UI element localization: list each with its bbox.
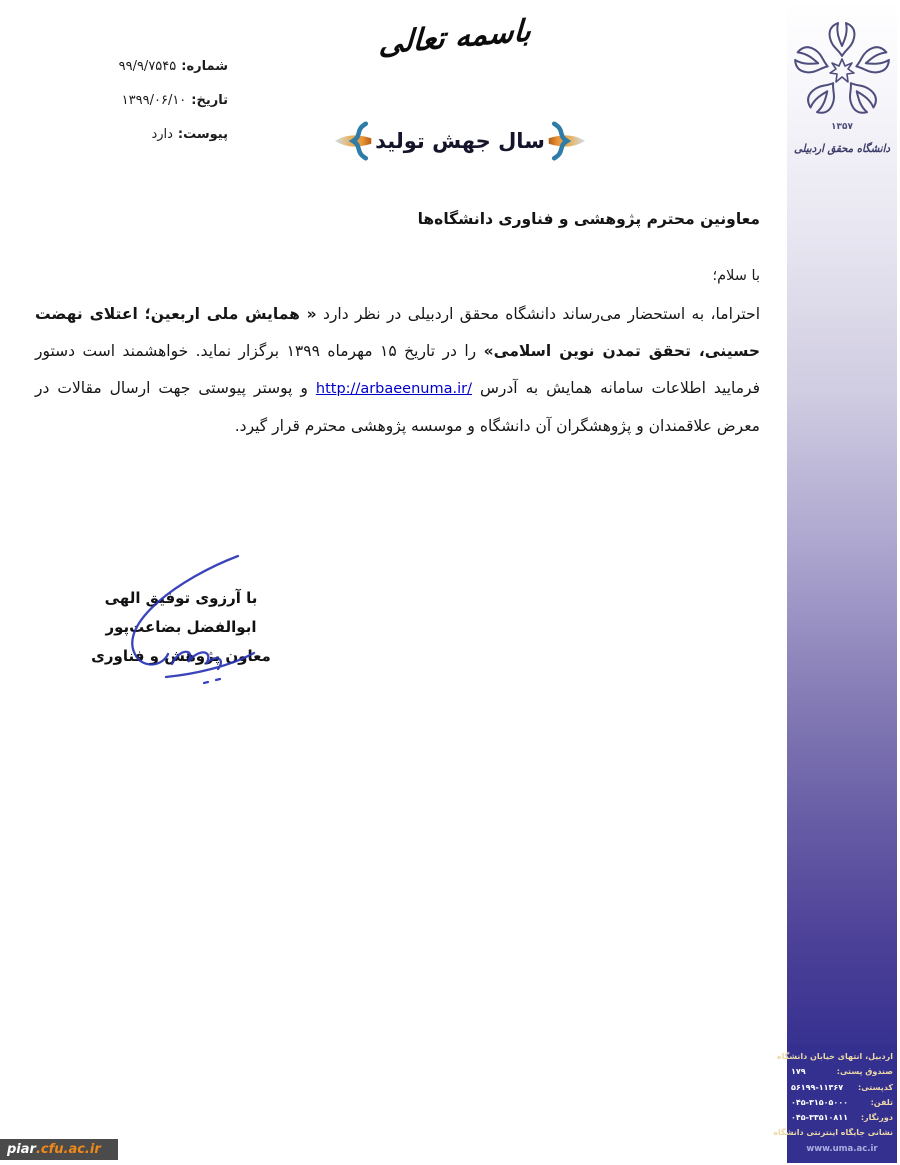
contact-info-box: اردبیل، انتهای خیابان دانشگاه صندوق پستی…: [787, 1045, 897, 1163]
slogan-ornament-right-icon: [546, 121, 586, 161]
contact-phone-row: تلفن: ۰۴۵-۳۱۵۰۵۰۰۰: [791, 1095, 893, 1110]
letter-date-label: تاریخ:: [191, 90, 228, 111]
logo-year: ۱۳۵۷: [831, 122, 853, 132]
year-slogan-banner: سال جهش تولید: [325, 118, 595, 164]
contact-fax-row: دورنگار: ۰۴۵-۳۳۵۱۰۸۱۱: [791, 1110, 893, 1125]
university-emblem-icon: ۱۳۵۷ دانشگاه محقق اردبیلی: [788, 14, 896, 172]
website-label: نشانی جایگاه اینترنتی دانشگاه: [791, 1125, 893, 1140]
pobox-label: صندوق پستی:: [837, 1064, 893, 1079]
conference-website-link[interactable]: http://arbaeenuma.ir/: [316, 381, 472, 397]
contact-postalcode-row: کدپستی: ۵۶۱۹۹-۱۱۳۶۷: [791, 1080, 893, 1095]
letter-number-row: شماره: ۹۹/۹/۷۵۴۵: [83, 56, 228, 77]
handwritten-signature-icon: [108, 550, 280, 692]
letter-meta-block: شماره: ۹۹/۹/۷۵۴۵ تاریخ: ۱۳۹۹/۰۶/۱۰ پیوست…: [83, 56, 228, 158]
body-text-1: احتراما، به استحضار می‌رساند دانشگاه محق…: [317, 305, 760, 323]
letter-attachment-row: پیوست: دارد: [83, 124, 228, 145]
phone-label: تلفن:: [871, 1095, 893, 1110]
postalcode-label: کدپستی:: [858, 1080, 893, 1095]
bismillah-calligraphy: باسمه تعالی: [330, 9, 581, 66]
university-logo: ۱۳۵۷ دانشگاه محقق اردبیلی: [788, 14, 896, 172]
postalcode-value: ۵۶۱۹۹-۱۱۳۶۷: [791, 1080, 843, 1095]
watermark-badge: piar.cfu.ac.ir: [0, 1139, 118, 1160]
fax-value: ۰۴۵-۳۳۵۱۰۸۱۱: [791, 1110, 848, 1125]
logo-university-name: دانشگاه محقق اردبیلی: [794, 141, 891, 155]
letter-number-label: شماره:: [181, 56, 228, 77]
contact-address: اردبیل، انتهای خیابان دانشگاه: [791, 1049, 893, 1064]
watermark-text-secondary: .cfu.ac.ir: [36, 1142, 101, 1157]
letter-page: ۱۳۵۷ دانشگاه محقق اردبیلی شماره: ۹۹/۹/۷۵…: [0, 0, 900, 1165]
fax-label: دورنگار:: [861, 1110, 893, 1125]
salutation-line: با سلام؛: [35, 268, 760, 284]
watermark-text-primary: piar: [7, 1142, 36, 1157]
letter-number-value: ۹۹/۹/۷۵۴۵: [119, 56, 177, 77]
pobox-value: ۱۷۹: [791, 1064, 806, 1079]
letter-date-value: ۱۳۹۹/۰۶/۱۰: [122, 90, 187, 111]
contact-pobox-row: صندوق پستی: ۱۷۹: [791, 1064, 893, 1079]
addressee-line: معاونین محترم پژوهشی و فناوری دانشگاه‌ها: [35, 210, 760, 228]
university-website-url: www.uma.ac.ir: [791, 1141, 893, 1157]
letter-attachment-value: دارد: [151, 124, 172, 145]
phone-value: ۰۴۵-۳۱۵۰۵۰۰۰: [791, 1095, 848, 1110]
year-slogan-text: سال جهش تولید: [375, 129, 545, 153]
letter-body-paragraph: احتراما، به استحضار می‌رساند دانشگاه محق…: [35, 296, 760, 445]
slogan-ornament-left-icon: [334, 121, 374, 161]
letter-attachment-label: پیوست:: [178, 124, 228, 145]
letter-date-row: تاریخ: ۱۳۹۹/۰۶/۱۰: [83, 90, 228, 111]
